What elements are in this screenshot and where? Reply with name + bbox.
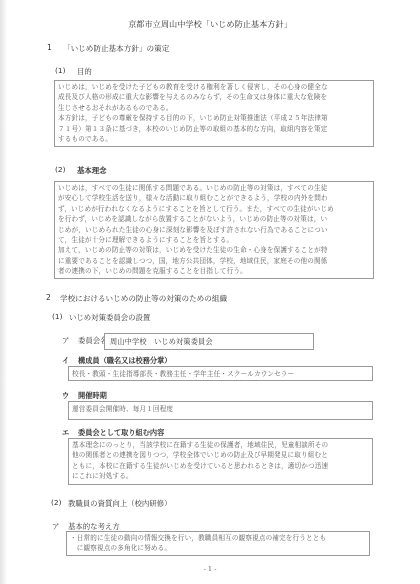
committee-name-box: 周山中学校 いじめ対策委員会: [104, 333, 314, 350]
section-2-number: 2: [46, 293, 51, 302]
approach-line: ・日常的に生徒の動向の情報交換を行い，教職員相互の観察視点の補完を行うととも: [70, 533, 366, 543]
page-number: - 1 -: [0, 565, 420, 573]
basic-approach-box: ・日常的に生徒の動向の情報交換を行い，教職員相互の観察視点の補完を行うととも に…: [66, 531, 370, 556]
section-1-1-heading: 目的: [77, 66, 92, 77]
purpose-line: 成長及び人格の形成に重大な影響を与えるのみならず，その生命又は身体に重大な危険を: [58, 92, 370, 102]
purpose-line: いじめは，いじめを受けた子どもの教育を受ける権利を著しく侵害し，その心身の健全な: [58, 82, 370, 92]
item-u-marker: ウ: [62, 391, 69, 401]
members-label: 構成員（職名又は校務分掌）: [78, 356, 171, 366]
philosophy-line: じめが，いじめられた生徒の心身に深刻な影響を及ぼす許されない行為であることについ: [58, 225, 370, 235]
schedule-value: 運営委員会開催時、毎月１回程度: [72, 403, 369, 415]
members-box: 校長・教頭・生徒指導部長・教務主任・学年主任・スクールカウンセラー: [68, 366, 373, 381]
philosophy-line: に重要であることを認識しつつ，国，地方公共団体，学校，地域住民，家庭その他の関係: [58, 256, 370, 266]
activities-line: ともに，本校に在籍する生徒がいじめを受けていると思われるときは，適切かつ迅速: [72, 461, 369, 471]
section-1-number: 1: [47, 43, 52, 52]
schedule-label: 開催時期: [78, 391, 107, 401]
purpose-line: ７１号）第１３条に基づき，本校のいじめ防止等の取組の基本的な方向，取組内容を策定: [58, 124, 370, 134]
purpose-line: 本方針は，子どもの尊厳を保持する目的の下，いじめ防止対策推進法（平成２５年法律第: [58, 113, 370, 123]
purpose-box: いじめは，いじめを受けた子どもの教育を受ける権利を著しく侵害し，その心身の健全な…: [54, 80, 374, 147]
section-1-2-number: (2): [55, 165, 65, 174]
basic-philosophy-box: いじめは，すべての生徒に関係する問題である。いじめの防止等の対策は，すべての生徒…: [54, 181, 374, 279]
section-1-heading: 「いじめ防止基本方針」の策定: [63, 43, 169, 54]
approach-line: に観察視点の多角化に努める。: [70, 543, 366, 553]
section-2-1-heading: いじめ対策委員会の設置: [69, 312, 150, 323]
document-title: 京都市立周山中学校「いじめ防止基本方針」: [0, 19, 420, 30]
schedule-box: 運営委員会開催時、毎月１回程度: [68, 401, 373, 420]
purpose-line: するものである。: [58, 134, 370, 144]
section-2-heading: 学校におけるいじめの防止等の対策のための組織: [60, 293, 227, 304]
philosophy-line: 加えて，いじめの防止等の対策は，いじめを受けた生徒の生命・心身を保護することが特: [58, 245, 370, 255]
activities-line: 他の関係者との連携を図りつつ，学校全体でいじめの防止及び早期発見に取り組むと: [72, 450, 369, 460]
philosophy-line: 者の連携の下，いじめの問題を克服することを目指して行う。: [58, 266, 370, 276]
committee-name-value: 周山中学校 いじめ対策委員会: [110, 337, 213, 346]
activities-line: にこれに対処する。: [72, 471, 369, 481]
scan-edge-shadow: [0, 0, 7, 584]
committee-activities-label: 委員会として取り組む内容: [78, 428, 164, 438]
philosophy-line: いじめは，すべての生徒に関係する問題である。いじめの防止等の対策は，すべての生徒: [58, 183, 370, 193]
section-2-2-number: (2): [51, 498, 61, 507]
item-a-marker: ア: [62, 335, 69, 346]
item-2a-marker: ア: [52, 521, 59, 532]
section-1-1-number: (1): [55, 66, 65, 75]
activities-line: 基本理念にのっとり，当該学校に在籍する生徒の保護者，地域住民，児童相談所その: [72, 440, 369, 450]
committee-activities-box: 基本理念にのっとり，当該学校に在籍する生徒の保護者，地域住民，児童相談所その 他…: [68, 438, 373, 485]
item-e-marker: エ: [62, 428, 69, 438]
section-1-2-heading: 基本理念: [77, 165, 107, 176]
philosophy-line: て，生徒が十分に理解できるようにすることを旨とする。: [58, 235, 370, 245]
members-value: 校長・教頭・生徒指導部長・教務主任・学年主任・スクールカウンセラー: [72, 368, 369, 380]
section-2-2-heading: 教職員の資質向上（校内研修）: [68, 498, 171, 509]
philosophy-line: ず，いじめが行われなくなるようにすることを旨として行う。また，すべての生徒がいじ…: [58, 204, 370, 214]
philosophy-line: を行わず，いじめを認識しながら放置することがないよう，いじめの防止等の対策は，い: [58, 214, 370, 224]
philosophy-line: が安心して学校生活を送り，様々な活動に取り組むことができるよう，学校の内外を問わ: [58, 193, 370, 203]
section-2-1-number: (1): [52, 312, 62, 321]
purpose-line: 生じさせるおそれがあるものである。: [58, 103, 370, 113]
item-i-marker: イ: [62, 356, 69, 366]
